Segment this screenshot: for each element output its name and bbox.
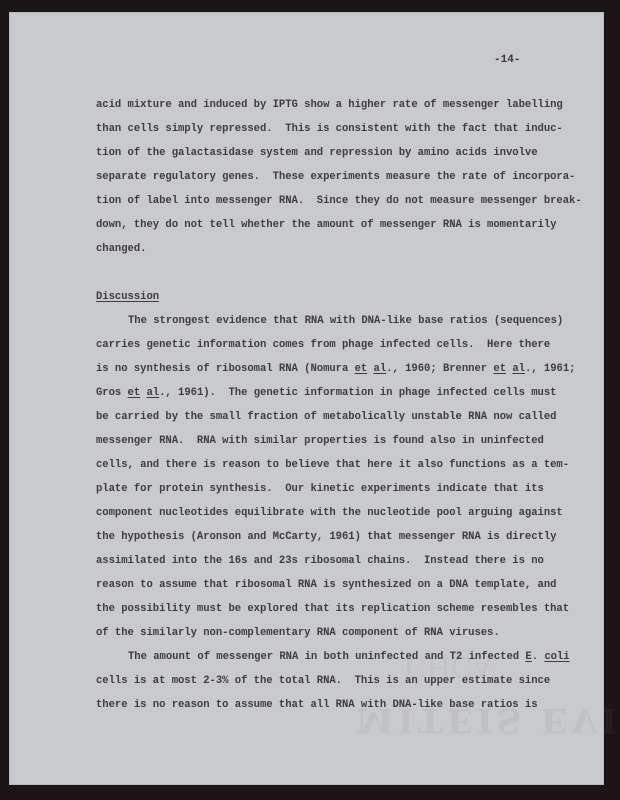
text-line: assimilated into the 16s and 23s ribosom… [96,554,544,568]
text-line: than cells simply repressed. This is con… [96,122,563,136]
text-line: is no synthesis of ribosomal RNA (Nomura… [96,362,575,376]
text-line: be carried by the small fraction of meta… [96,410,556,424]
text-line: there is no reason to assume that all RN… [96,698,538,712]
italic-al: al [374,363,387,375]
text-line: messenger RNA. RNA with similar properti… [96,434,544,448]
text-line: separate regulatory genes. These experim… [96,170,575,184]
text-line: down, they do not tell whether the amoun… [96,218,556,232]
text-span: ., 1961; [525,363,575,375]
text-span: Gros [96,387,128,399]
text-line: the hypothesis (Aronson and McCarty, 196… [96,530,556,544]
text-line: tion of label into messenger RNA. Since … [96,194,582,208]
text-line: cells is at most 2-3% of the total RNA. … [96,674,550,688]
text-line: Gros et al., 1961). The genetic informat… [96,386,556,400]
italic-al: al [512,363,525,375]
text-span: . [532,651,545,663]
italic-species: coli [544,651,569,663]
text-line: component nucleotides equilibrate with t… [96,506,563,520]
text-line: cells, and there is reason to believe th… [96,458,569,472]
text-line: tion of the galactasidase system and rep… [96,146,538,160]
italic-et: et [128,387,141,399]
text-line: acid mixture and induced by IPTG show a … [96,98,563,112]
text-line: The strongest evidence that RNA with DNA… [128,314,563,328]
italic-al: al [146,387,159,399]
italic-et: et [355,363,368,375]
italic-et: et [493,363,506,375]
text-span: The amount of messenger RNA in both unin… [128,651,525,663]
text-line: changed. [96,242,146,256]
text-line: reason to assume that ribosomal RNA is s… [96,578,556,592]
page-number: -14- [494,54,520,66]
text-span: ., 1960; Brenner [386,363,493,375]
text-span: is no synthesis of ribosomal RNA (Nomura [96,363,355,375]
text-line: of the similarly non-complementary RNA c… [96,626,500,640]
section-heading: Discussion [96,290,159,304]
text-line: The amount of messenger RNA in both unin… [128,650,570,664]
text-line: plate for protein synthesis. Our kinetic… [96,482,544,496]
text-span: ., 1961). The genetic information in pha… [159,387,556,399]
text-line: the possibility must be explored that it… [96,602,569,616]
text-line: carries genetic information comes from p… [96,338,550,352]
